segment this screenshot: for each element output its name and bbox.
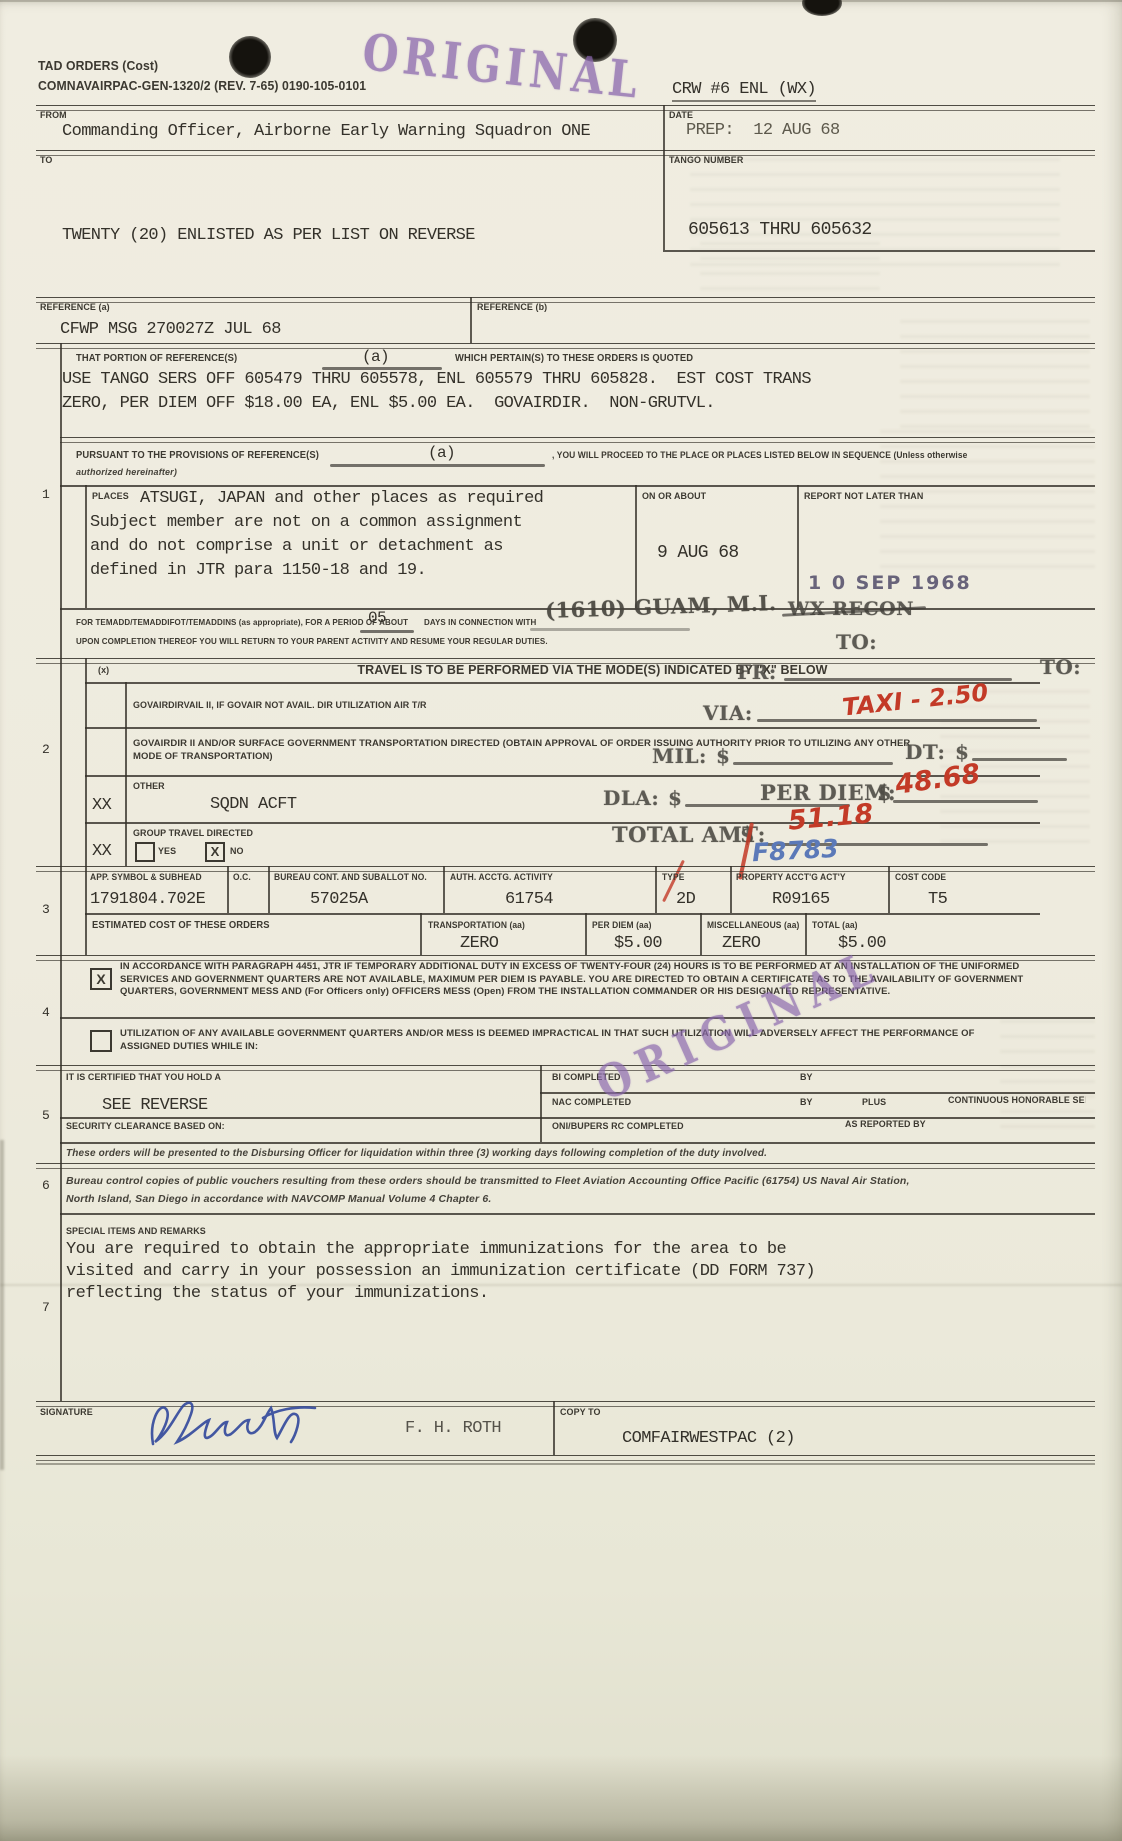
per-diem-dollar: $ <box>877 780 892 805</box>
copy-to-value: COMFAIRWESTPAC (2) <box>622 1429 795 1448</box>
divider <box>655 866 657 913</box>
type-value: 2D <box>676 890 695 909</box>
bureau-control-copies-text: Bureau control copies of public vouchers… <box>66 1172 911 1208</box>
reference-b-label: REFERENCE (b) <box>477 302 547 313</box>
remarks-line1: You are required to obtain the appropria… <box>66 1240 786 1259</box>
signature-script <box>145 1392 335 1462</box>
section-7-number: 7 <box>42 1300 50 1315</box>
divider <box>85 866 87 955</box>
temadd-label-line2: UPON COMPLETION THEREOF YOU WILL RETURN … <box>76 636 548 646</box>
remarks-line2: visited and carry in your possession an … <box>66 1262 815 1281</box>
paper-edge-top <box>0 0 1122 2</box>
date-label: DATE <box>669 110 693 121</box>
divider <box>36 297 1095 303</box>
cost-code-value: T5 <box>928 890 947 909</box>
section-2-number: 2 <box>42 742 50 757</box>
app-symbol-value: 1791804.702E <box>90 890 205 909</box>
quoted-reference-value: (a) <box>362 348 389 366</box>
reference-a-label: REFERENCE (a) <box>40 302 110 313</box>
continuous-service-label: CONTINUOUS HONORABLE SERVICE <box>948 1095 1085 1106</box>
divider <box>888 866 890 913</box>
paper-bottom-shade <box>0 1755 1122 1841</box>
divider <box>227 866 229 913</box>
tango-number-value: 605613 THRU 605632 <box>688 220 872 240</box>
transportation-value: ZERO <box>460 934 498 953</box>
divider <box>420 913 422 955</box>
divider <box>470 297 472 343</box>
blank-line <box>757 719 1037 722</box>
other-row-mark: XX <box>92 796 111 815</box>
blank-line <box>530 628 690 631</box>
divider <box>85 682 1040 684</box>
section-1-number: 1 <box>42 487 50 502</box>
oc-label: O.C. <box>233 872 251 882</box>
crw-annotation: CRW #6 ENL (WX) <box>672 80 816 102</box>
form-title-line1: TAD ORDERS (Cost) <box>38 58 158 73</box>
divider <box>805 913 807 955</box>
signature-label: SIGNATURE <box>40 1407 93 1418</box>
pursuant-label-post: , YOU WILL PROCEED TO THE PLACE OR PLACE… <box>552 450 967 460</box>
divider <box>125 682 127 866</box>
certified-hold-value: SEE REVERSE <box>102 1096 208 1115</box>
divider <box>585 913 587 955</box>
divider <box>663 105 665 250</box>
paper-edge-left <box>0 1140 4 1470</box>
bureau-suballot-label: BUREAU CONT. AND SUBALLOT NO. <box>274 872 427 882</box>
bureau-suballot-value: 57025A <box>310 890 368 909</box>
fr-stamp: FR: <box>737 660 777 684</box>
transportation-label: TRANSPORTATION (aa) <box>428 920 525 930</box>
date-prepared-value: PREP: 12 AUG 68 <box>686 121 840 140</box>
dla-dollar: $ <box>668 786 682 810</box>
special-items-label: SPECIAL ITEMS AND REMARKS <box>66 1226 206 1237</box>
govair-row1-label: GOVAIRDIRVAIL II, IF GOVAIR NOT AVAIL. D… <box>133 700 427 711</box>
guam-stamp: (1610) GUAM, M.I. <box>545 590 777 623</box>
pursuant-reference-value: (a) <box>428 444 455 462</box>
divider <box>60 343 62 1401</box>
per-diem-col-label: PER DIEM (aa) <box>592 920 652 930</box>
quoted-text-line1: USE TANGO SERS OFF 605479 THRU 605578, E… <box>62 370 811 389</box>
from-label: FROM <box>40 110 67 121</box>
quoted-label-post: WHICH PERTAIN(S) TO THESE ORDERS IS QUOT… <box>455 353 693 364</box>
report-not-later-than-label: REPORT NOT LATER THAN <box>804 491 923 502</box>
section-5-number: 5 <box>42 1108 50 1123</box>
divider <box>60 1142 1095 1144</box>
divider <box>85 727 1040 729</box>
places-line2: Subject member are not on a common assig… <box>90 513 522 532</box>
property-acctg-label: PROPERTY ACCT'G ACT'Y <box>736 872 846 882</box>
security-clearance-label: SECURITY CLEARANCE BASED ON: <box>66 1121 225 1132</box>
temadd-label-mid: DAYS IN CONNECTION WITH <box>424 617 536 627</box>
plus-label: PLUS <box>862 1097 886 1108</box>
divider <box>85 485 87 608</box>
section-3-number: 3 <box>42 902 50 917</box>
report-not-later-than-stamp: 1 0 SEP 1968 <box>808 572 972 594</box>
quarters-certificate-checkbox: X <box>90 968 112 990</box>
total-col-label: TOTAL (aa) <box>812 920 858 930</box>
divider <box>85 658 87 866</box>
pursuant-label-line2: authorized hereinafter) <box>76 467 177 477</box>
to-stamp-1: TO: <box>836 630 877 654</box>
quarters-certificate-text: IN ACCORDANCE WITH PARAGRAPH 4451, JTR I… <box>120 961 1035 999</box>
divider <box>60 1213 1095 1215</box>
divider <box>700 913 702 955</box>
section-6-number: 6 <box>42 1178 50 1193</box>
utilization-impractical-checkbox <box>90 1030 112 1052</box>
group-travel-mark: XX <box>92 842 111 861</box>
dla-stamp: DLA: <box>603 786 659 810</box>
blank-line <box>972 758 1067 761</box>
places-line1: ATSUGI, JAPAN and other places as requir… <box>140 489 543 508</box>
divider <box>36 1455 1095 1461</box>
divider <box>36 105 1095 111</box>
mil-stamp: MIL: <box>652 744 707 768</box>
divider <box>36 343 1095 349</box>
as-reported-by-label: AS REPORTED BY <box>845 1119 926 1130</box>
to-stamp-2: TO: <box>1040 655 1081 679</box>
certified-hold-label: IT IS CERTIFIED THAT YOU HOLD A <box>66 1072 221 1083</box>
signature-typed-name: F. H. ROTH <box>405 1419 501 1438</box>
divider <box>635 485 637 608</box>
divider <box>36 150 1095 156</box>
utilization-impractical-text: UTILIZATION OF ANY AVAILABLE GOVERNMENT … <box>120 1028 1010 1053</box>
on-or-about-label: ON OR ABOUT <box>642 491 706 502</box>
via-stamp: VIA: <box>703 701 753 725</box>
app-symbol-label: APP. SYMBOL & SUBHEAD <box>90 872 202 882</box>
divider <box>85 822 1040 824</box>
other-label: OTHER <box>133 781 165 792</box>
divider <box>730 866 732 913</box>
divider <box>663 250 1095 252</box>
blank-line <box>330 464 545 467</box>
form-number: COMNAVAIRPAC-GEN-1320/2 (REV. 7-65) 0190… <box>38 78 366 93</box>
divider <box>60 485 1095 487</box>
on-or-about-value: 9 AUG 68 <box>657 543 739 563</box>
divider <box>36 1065 1095 1071</box>
blank-line <box>360 630 414 633</box>
dt-stamp: DT: <box>905 740 945 764</box>
estimated-cost-label: ESTIMATED COST OF THESE ORDERS <box>92 920 270 931</box>
yes-label: YES <box>158 846 176 857</box>
section-4-number: 4 <box>42 1005 50 1020</box>
blank-line <box>733 762 893 765</box>
auth-acctg-value: 61754 <box>505 890 553 909</box>
no-checkbox: X <box>205 842 225 862</box>
divider <box>268 866 270 913</box>
places-label: PLACES <box>92 491 129 502</box>
bi-by-label: BY <box>800 1072 813 1083</box>
from-value: Commanding Officer, Airborne Early Warni… <box>62 122 590 141</box>
divider <box>36 1463 1095 1465</box>
hole-punch <box>229 36 271 78</box>
remarks-line3: reflecting the status of your immunizati… <box>66 1284 488 1303</box>
pursuant-label-pre: PURSUANT TO THE PROVISIONS OF REFERENCE(… <box>76 450 319 461</box>
to-value: TWENTY (20) ENLISTED AS PER LIST ON REVE… <box>62 226 475 245</box>
paper-notch <box>802 0 842 16</box>
tango-number-label: TANGO NUMBER <box>669 155 743 166</box>
cost-code-label: COST CODE <box>895 872 946 882</box>
divider <box>60 1117 1095 1119</box>
quoted-text-line2: ZERO, PER DIEM OFF $18.00 EA, ENL $5.00 … <box>62 394 715 413</box>
divider <box>36 1163 1095 1169</box>
property-acctg-value: R09165 <box>772 890 830 909</box>
nac-by-label: BY <box>800 1097 813 1108</box>
temadd-days-value: 05 <box>368 609 386 627</box>
miscellaneous-value: ZERO <box>722 934 760 953</box>
auth-acctg-label: AUTH. ACCTG. ACTIVITY <box>450 872 553 882</box>
reference-a-value: CFWP MSG 270027Z JUL 68 <box>60 320 281 339</box>
per-diem-col-value: $5.00 <box>614 934 662 953</box>
travel-mode-header: TRAVEL IS TO BE PERFORMED VIA THE MODE(S… <box>145 663 1040 677</box>
tad-orders-form: TAD ORDERS (Cost) COMNAVAIRPAC-GEN-1320/… <box>0 0 1122 1841</box>
divider <box>60 1017 1095 1019</box>
divider <box>85 913 1040 915</box>
miscellaneous-label: MISCELLANEOUS (aa) <box>707 920 799 930</box>
bleedthrough-smudge <box>1000 1020 1095 1140</box>
no-label: NO <box>230 846 244 857</box>
liquidation-note: These orders will be presented to the Di… <box>66 1148 767 1159</box>
group-travel-label: GROUP TRAVEL DIRECTED <box>133 828 253 839</box>
divider <box>60 437 1095 443</box>
total-amount-handwriting: 51.18 <box>787 798 875 836</box>
other-value: SQDN ACFT <box>210 795 296 814</box>
mil-dollar: $ <box>716 744 730 768</box>
to-label: TO <box>40 155 52 166</box>
places-line3: and do not comprise a unit or detachment… <box>90 537 503 556</box>
divider <box>553 1401 555 1455</box>
divider <box>540 1065 542 1142</box>
yes-checkbox <box>135 842 155 862</box>
divider <box>797 485 799 608</box>
x-column-header: (x) <box>98 665 109 676</box>
quoted-label-pre: THAT PORTION OF REFERENCE(S) <box>76 353 237 364</box>
type-label: TYPE <box>662 872 684 882</box>
bleedthrough-smudge <box>900 320 1090 440</box>
oni-bupers-label: ONI/BUPERS RC COMPLETED <box>552 1121 684 1132</box>
temadd-label-pre: FOR TEMADD/TEMADDIFOT/TEMADDINS (as appr… <box>76 617 408 627</box>
copy-to-label: COPY TO <box>560 1407 601 1418</box>
divider <box>443 866 445 913</box>
blue-code-handwriting: F8783 <box>751 834 839 867</box>
places-line4: defined in JTR para 1150-18 and 19. <box>90 561 426 580</box>
govair-row2-label: GOVAIRDIR II AND/OR SURFACE GOVERNMENT T… <box>133 738 913 763</box>
blank-line <box>893 800 1038 803</box>
